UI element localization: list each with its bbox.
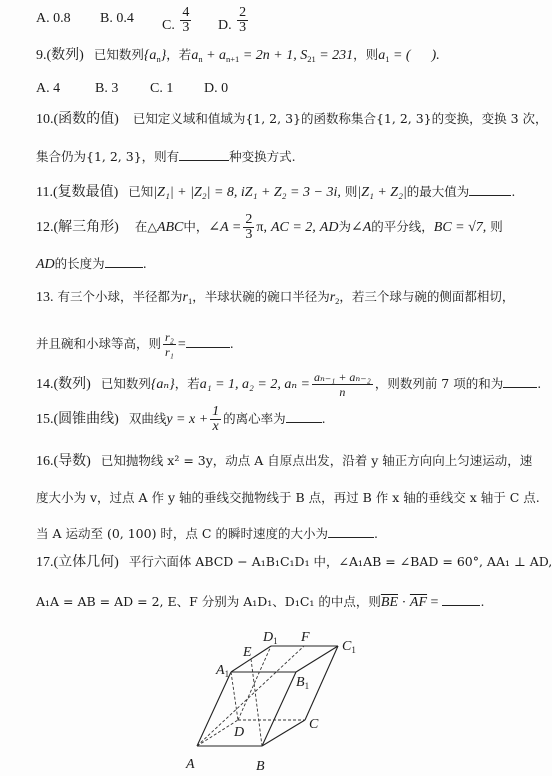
label-a: A <box>185 757 195 772</box>
label-d: D <box>233 725 244 740</box>
hidden-edges <box>197 646 305 746</box>
label-b1: B1 <box>296 675 309 691</box>
vertex-labels: A B C D A1 B1 C1 D1 E F <box>185 630 356 774</box>
label-a1: A1 <box>215 663 229 679</box>
parallelepiped-diagram: A B C D A1 B1 C1 D1 E F <box>0 0 552 776</box>
label-c1: C1 <box>342 639 356 655</box>
label-d1: D1 <box>262 630 278 646</box>
label-e: E <box>242 645 252 660</box>
label-c: C <box>309 717 319 732</box>
label-b: B <box>256 759 265 774</box>
label-f: F <box>300 630 310 645</box>
